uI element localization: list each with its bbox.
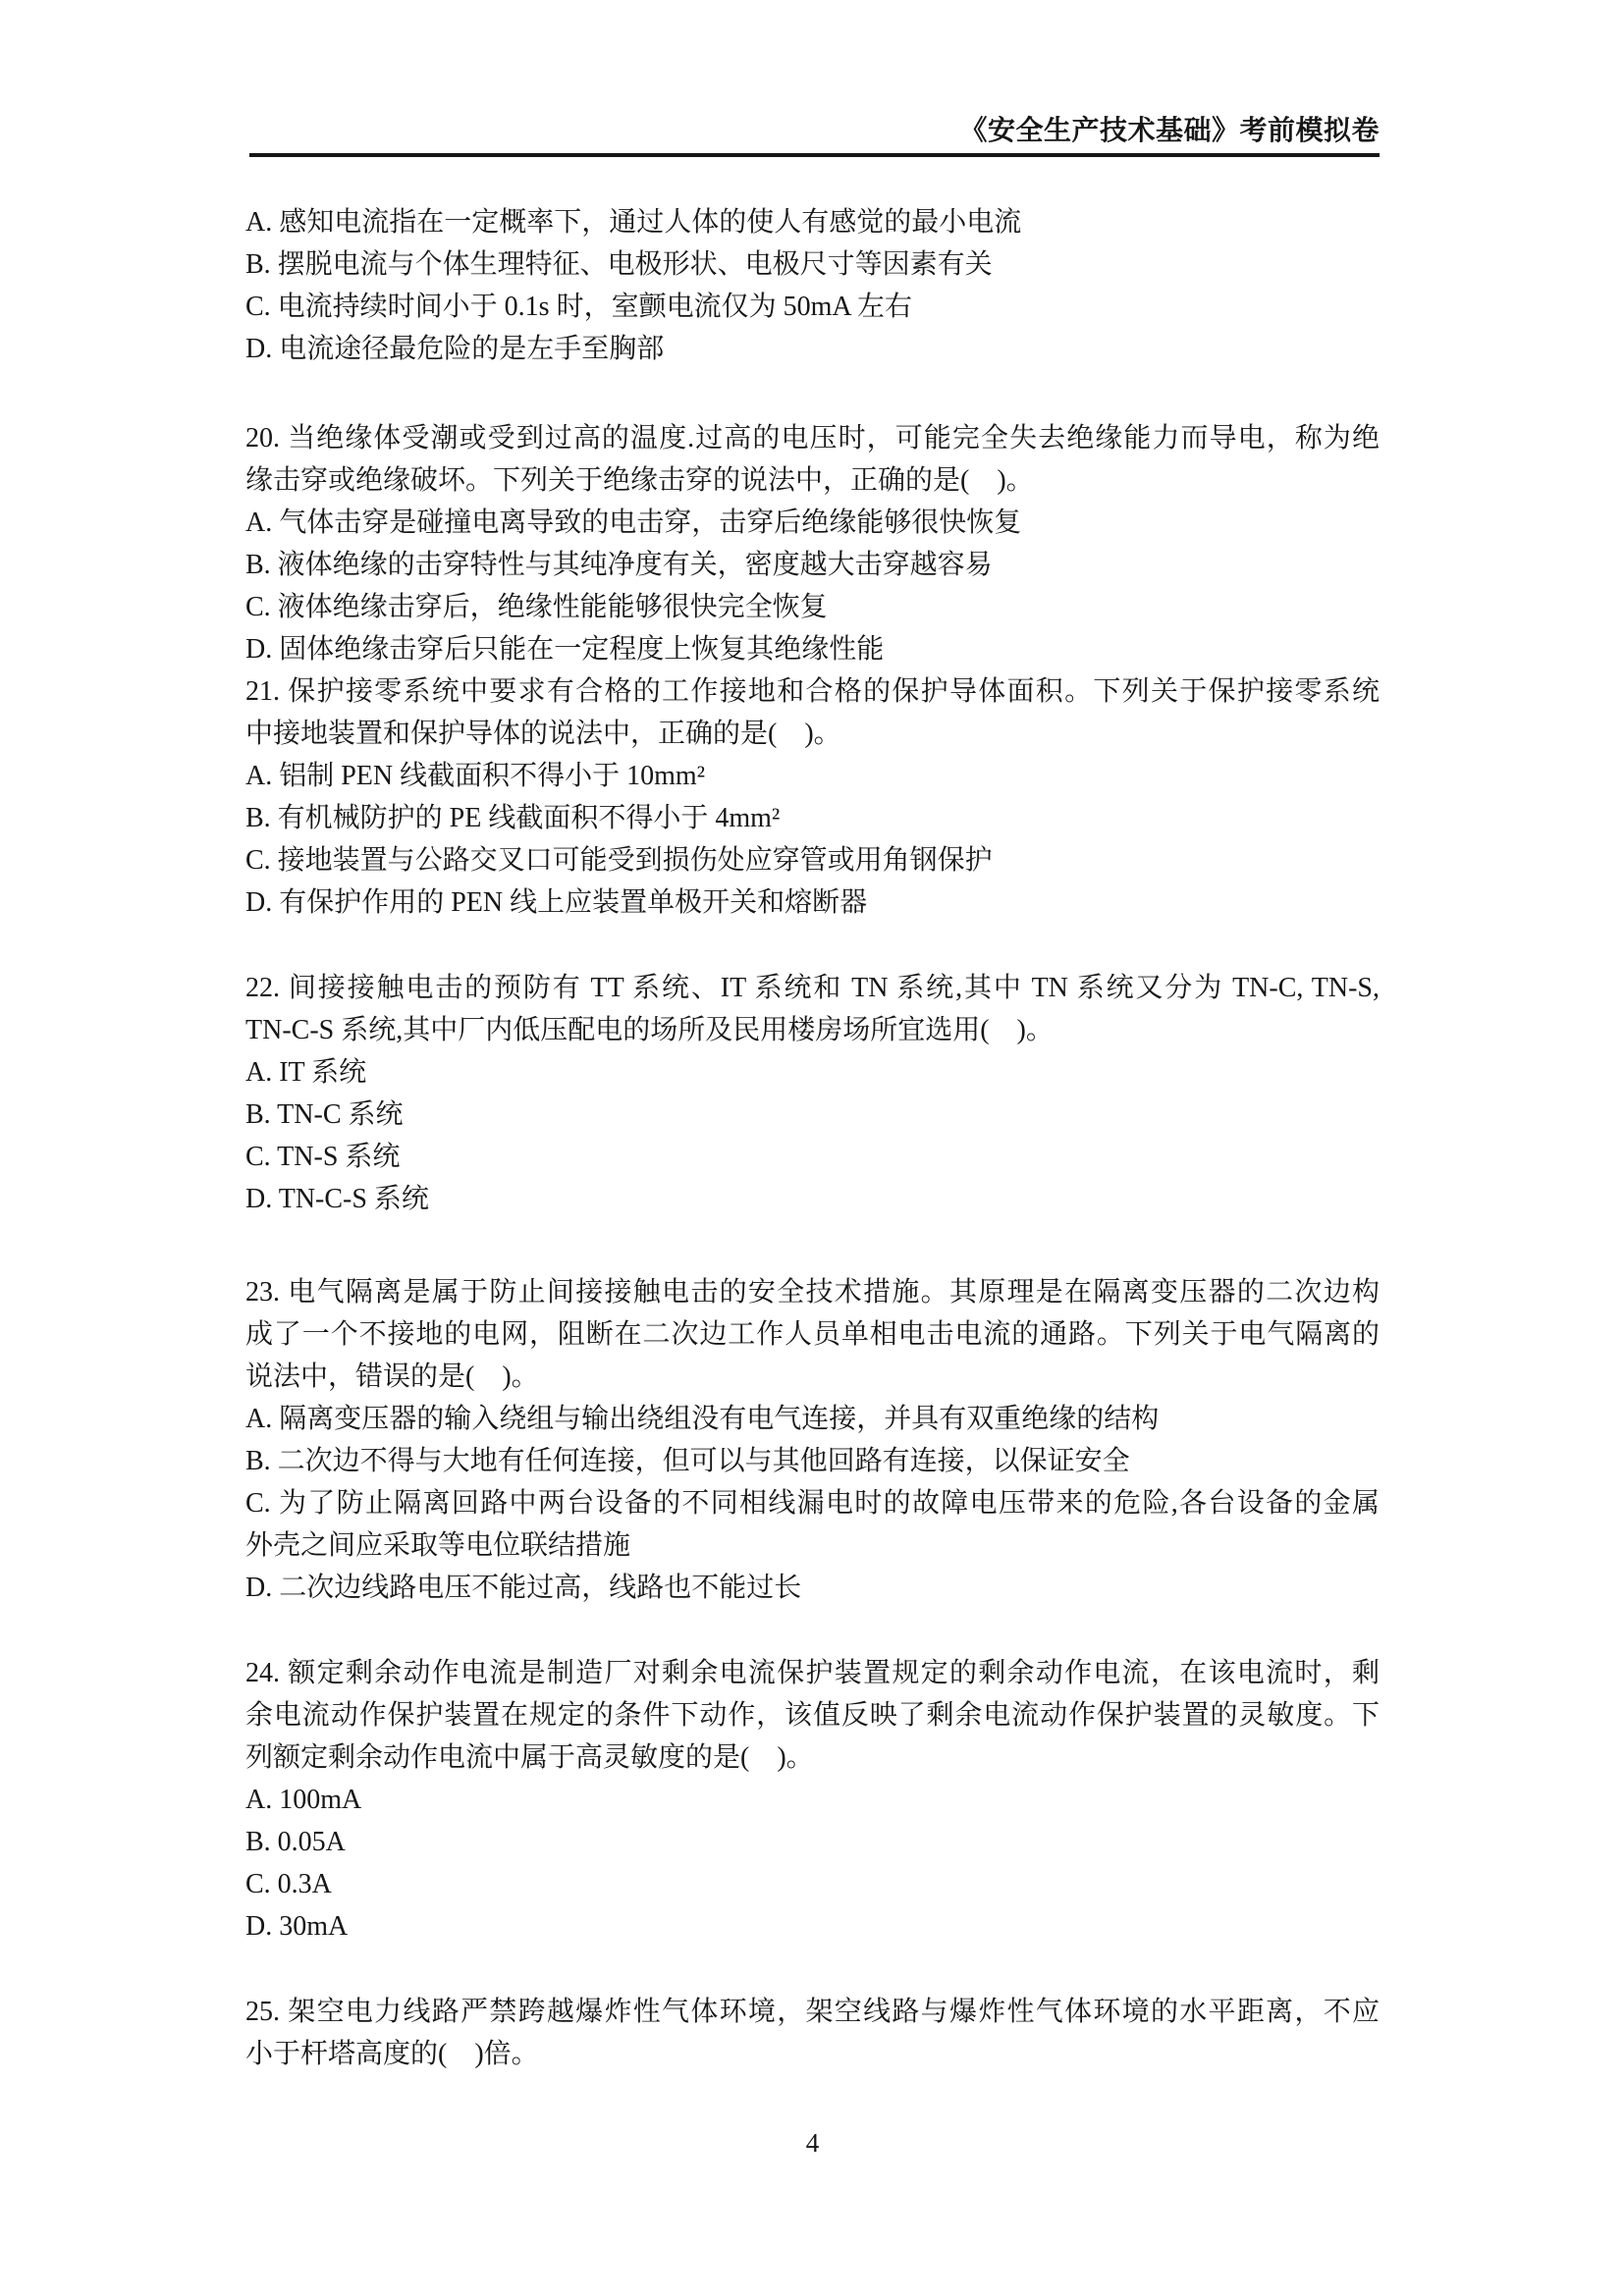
question-23-option-d: D. 二次边线路电压不能过高，线路也不能过长: [245, 1567, 1380, 1609]
question-19-option-a: A. 感知电流指在一定概率下，通过人体的使人有感觉的最小电流: [245, 201, 1380, 243]
question-25-stem-line-1: 25. 架空电力线路严禁跨越爆炸性气体环境，架空线路与爆炸性气体环境的水平距离，…: [245, 1991, 1380, 2033]
question-22-option-c: C. TN-S 系统: [245, 1136, 1380, 1178]
question-22-option-b: B. TN-C 系统: [245, 1094, 1380, 1136]
page-body: A. 感知电流指在一定概率下，通过人体的使人有感觉的最小电流 B. 摆脱电流与个…: [245, 201, 1380, 2075]
question-21: 21. 保护接零系统中要求有合格的工作接地和合格的保护导体面积。下列关于保护接零…: [245, 670, 1380, 924]
question-22-stem-line-2: TN-C-S 系统,其中厂内低压配电的场所及民用楼房场所宜选用( )。: [245, 1009, 1380, 1051]
question-25: 25. 架空电力线路严禁跨越爆炸性气体环境，架空线路与爆炸性气体环境的水平距离，…: [245, 1991, 1380, 2075]
question-23-option-a: A. 隔离变压器的输入绕组与输出绕组没有电气连接，并具有双重绝缘的结构: [245, 1398, 1380, 1440]
question-21-option-c: C. 接地装置与公路交叉口可能受到损伤处应穿管或用角钢保护: [245, 839, 1380, 881]
question-24: 24. 额定剩余动作电流是制造厂对剩余电流保护装置规定的剩余动作电流，在该电流时…: [245, 1652, 1380, 1948]
question-21-option-d: D. 有保护作用的 PEN 线上应装置单极开关和熔断器: [245, 881, 1380, 924]
page-number: 4: [806, 2128, 820, 2158]
question-21-stem-line-1: 21. 保护接零系统中要求有合格的工作接地和合格的保护导体面积。下列关于保护接零…: [245, 670, 1380, 713]
question-21-option-a: A. 铝制 PEN 线截面积不得小于 10mm²: [245, 755, 1380, 797]
question-22-option-d: D. TN-C-S 系统: [245, 1178, 1380, 1220]
question-23-option-c-line-2: 外壳之间应采取等电位联结措施: [245, 1524, 1380, 1567]
question-21-option-b: B. 有机械防护的 PE 线截面积不得小于 4mm²: [245, 797, 1380, 839]
question-20-option-c: C. 液体绝缘击穿后，绝缘性能能够很快完全恢复: [245, 586, 1380, 628]
question-19-option-b: B. 摆脱电流与个体生理特征、电极形状、电极尺寸等因素有关: [245, 243, 1380, 286]
question-20-stem-line-1: 20. 当绝缘体受潮或受到过高的温度.过高的电压时，可能完全失去绝缘能力而导电，…: [245, 417, 1380, 459]
question-24-stem-line-1: 24. 额定剩余动作电流是制造厂对剩余电流保护装置规定的剩余动作电流，在该电流时…: [245, 1652, 1380, 1694]
question-21-stem-line-2: 中接地装置和保护导体的说法中，正确的是( )。: [245, 713, 1380, 755]
question-20-stem-line-2: 缘击穿或绝缘破坏。下列关于绝缘击穿的说法中，正确的是( )。: [245, 459, 1380, 502]
question-23-stem-line-1: 23. 电气隔离是属于防止间接接触电击的安全技术措施。其原理是在隔离变压器的二次…: [245, 1271, 1380, 1313]
question-20-option-d: D. 固体绝缘击穿后只能在一定程度上恢复其绝缘性能: [245, 628, 1380, 670]
question-19-options: A. 感知电流指在一定概率下，通过人体的使人有感觉的最小电流 B. 摆脱电流与个…: [245, 201, 1380, 370]
question-25-stem-line-2: 小于杆塔高度的( )倍。: [245, 2033, 1380, 2075]
exam-page: 《安全生产技术基础》考前模拟卷 A. 感知电流指在一定概率下，通过人体的使人有感…: [0, 0, 1624, 2296]
question-19-option-c: C. 电流持续时间小于 0.1s 时，室颤电流仅为 50mA 左右: [245, 286, 1380, 328]
question-20: 20. 当绝缘体受潮或受到过高的温度.过高的电压时，可能完全失去绝缘能力而导电，…: [245, 417, 1380, 670]
question-22-option-a: A. IT 系统: [245, 1051, 1380, 1094]
question-19-option-d: D. 电流途径最危险的是左手至胸部: [245, 328, 1380, 370]
question-24-option-d: D. 30mA: [245, 1905, 1380, 1948]
question-23-stem-line-3: 说法中，错误的是( )。: [245, 1356, 1380, 1398]
page-header: 《安全生产技术基础》考前模拟卷: [249, 111, 1380, 157]
question-20-option-b: B. 液体绝缘的击穿特性与其纯净度有关，密度越大击穿越容易: [245, 544, 1380, 586]
question-23-option-c-line-1: C. 为了防止隔离回路中两台设备的不同相线漏电时的故障电压带来的危险,各台设备的…: [245, 1482, 1380, 1524]
question-22-stem-line-1: 22. 间接接触电击的预防有 TT 系统、IT 系统和 TN 系统,其中 TN …: [245, 967, 1380, 1009]
question-23-stem-line-2: 成了一个不接地的电网，阻断在二次边工作人员单相电击电流的通路。下列关于电气隔离的: [245, 1313, 1380, 1356]
question-24-stem-line-2: 余电流动作保护装置在规定的条件下动作，该值反映了剩余电流动作保护装置的灵敏度。下: [245, 1694, 1380, 1736]
question-24-stem-line-3: 列额定剩余动作电流中属于高灵敏度的是( )。: [245, 1736, 1380, 1779]
question-23-option-b: B. 二次边不得与大地有任何连接，但可以与其他回路有连接，以保证安全: [245, 1440, 1380, 1482]
question-20-option-a: A. 气体击穿是碰撞电离导致的电击穿，击穿后绝缘能够很快恢复: [245, 502, 1380, 544]
question-24-option-a: A. 100mA: [245, 1779, 1380, 1821]
question-22: 22. 间接接触电击的预防有 TT 系统、IT 系统和 TN 系统,其中 TN …: [245, 967, 1380, 1220]
question-24-option-b: B. 0.05A: [245, 1821, 1380, 1863]
document-title: 《安全生产技术基础》考前模拟卷: [959, 116, 1380, 146]
page-footer: 4: [245, 2122, 1380, 2164]
question-24-option-c: C. 0.3A: [245, 1863, 1380, 1905]
question-23: 23. 电气隔离是属于防止间接接触电击的安全技术措施。其原理是在隔离变压器的二次…: [245, 1271, 1380, 1609]
